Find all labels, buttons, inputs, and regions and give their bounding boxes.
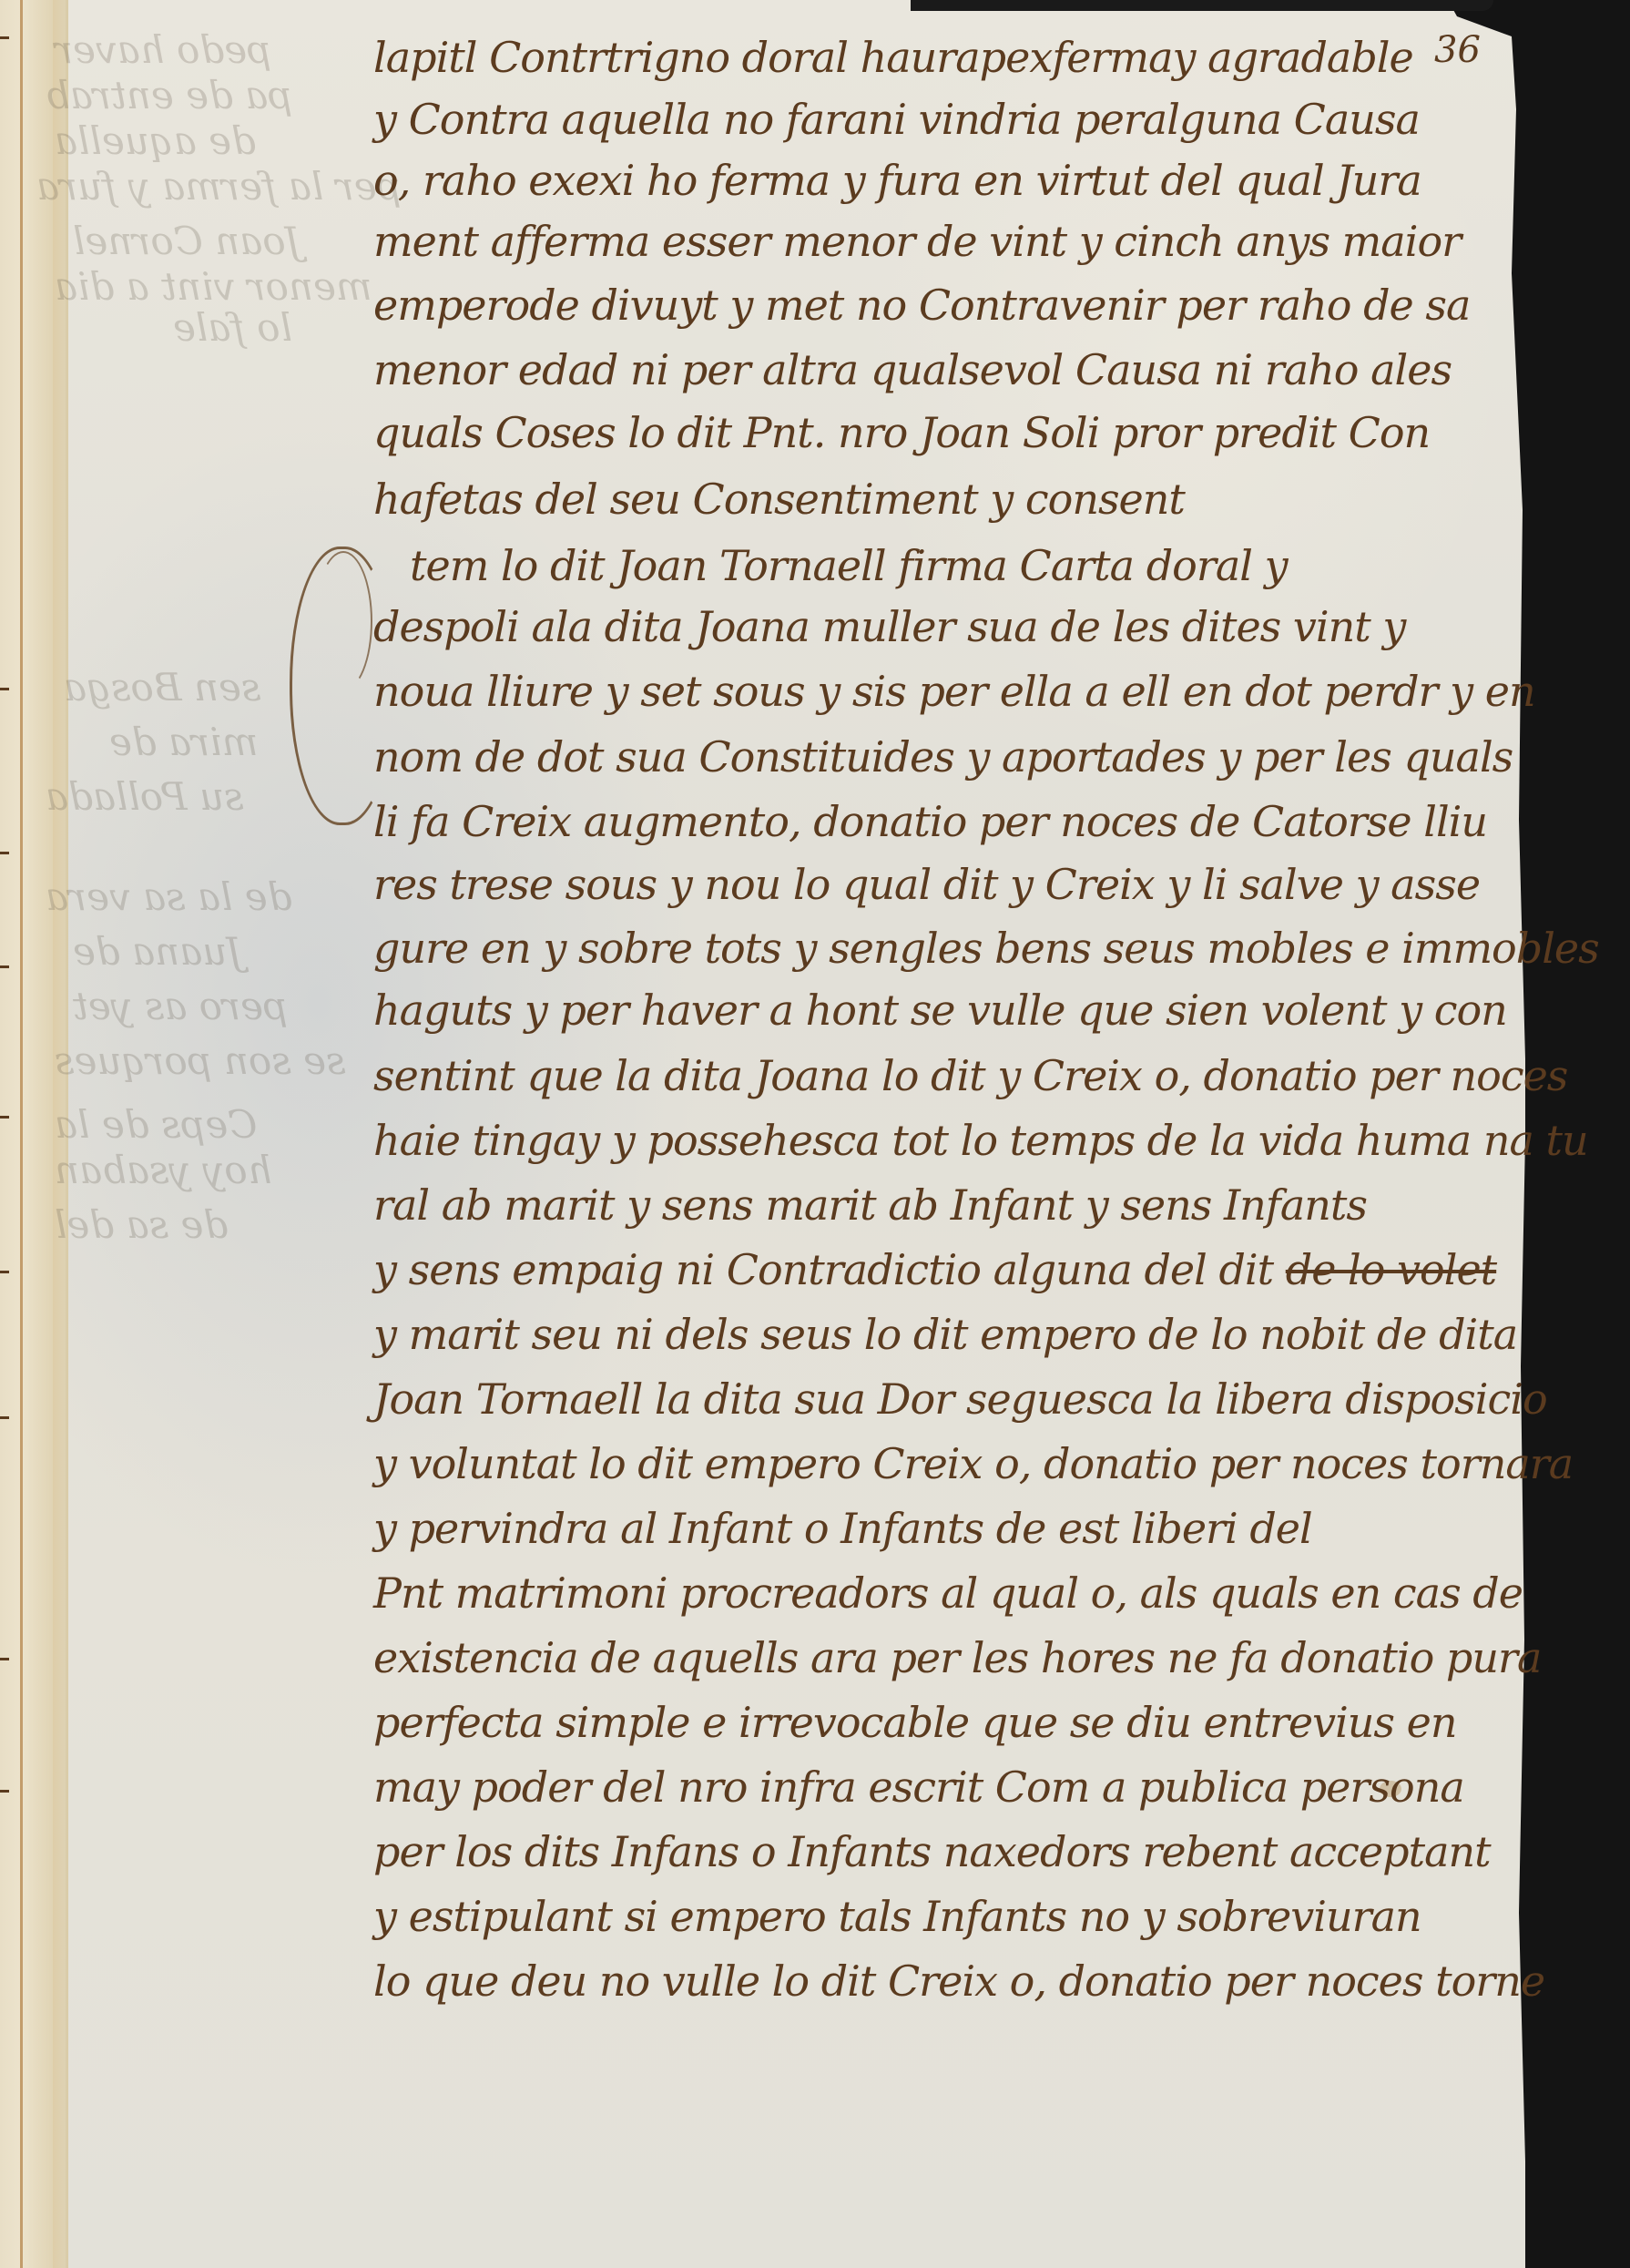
manuscript-line: y marit seu ni dels seus lo dit empero d… (373, 1313, 1517, 1355)
binding-tick (0, 852, 9, 854)
binding-tick (0, 1790, 9, 1793)
decorative-initial-loop (314, 551, 372, 691)
manuscript-line: emperode divuyt y met no Contravenir per… (373, 284, 1470, 326)
binding-tick (0, 965, 9, 968)
manuscript-line: Pnt matrimoni procreadors al qual o, als… (373, 1572, 1523, 1614)
bleedthrough-text: Juana de (73, 929, 242, 974)
manuscript-line: ment afferma esser menor de vint y cinch… (373, 220, 1461, 262)
binding-line (20, 0, 23, 2268)
binding-tick (0, 688, 9, 690)
manuscript-line: noua lliure y set sous y sis per ella a … (373, 670, 1535, 712)
bleedthrough-text: se son porques (55, 1038, 346, 1083)
bleedthrough-text: lo fale (173, 305, 292, 350)
manuscript-line: y estipulant si empero tals Infants no y… (373, 1895, 1421, 1937)
bleedthrough-text: pa de entrab (46, 73, 292, 117)
manuscript-line: ral ab marit y sens marit ab Infant y se… (373, 1184, 1367, 1226)
binding-tick (0, 1658, 9, 1660)
binding-tick (0, 36, 9, 39)
manuscript-line: y sens empaig ni Contradictio alguna del… (373, 1249, 1496, 1291)
struck-text: de lo volet (1286, 1245, 1496, 1294)
torn-top-edge (911, 0, 1493, 11)
bleedthrough-text: hoy ysaban (55, 1148, 272, 1192)
bleedthrough-text: su Pollada (46, 774, 244, 819)
manuscript-line: hafetas del seu Consentiment y consent (373, 478, 1185, 520)
binding-tick (0, 1416, 9, 1419)
bleedthrough-text: de sa del (55, 1202, 228, 1247)
manuscript-line: haie tingay y possehesca tot lo temps de… (373, 1119, 1588, 1161)
manuscript-line: y pervindra al Infant o Infants de est l… (373, 1507, 1312, 1549)
bleedthrough-text: de aquella (55, 118, 256, 163)
line-text: y sens empaig ni Contradictio alguna del… (373, 1245, 1273, 1294)
bleedthrough-text: per la ferma y fura (36, 164, 401, 209)
bleedthrough-text: pero as yet (73, 984, 288, 1028)
manuscript-line: y Contra aquella no farani vindria peral… (373, 98, 1420, 140)
binding-tick (0, 1116, 9, 1119)
manuscript-line: menor edad ni per altra qualsevol Causa … (373, 349, 1452, 391)
manuscript-line: res trese sous y nou lo qual dit y Creix… (373, 863, 1480, 905)
binding-tick (0, 1271, 9, 1273)
bleedthrough-text: Joan Cornel (73, 219, 301, 263)
manuscript-line: per los dits Infans o Infants naxedors r… (373, 1831, 1491, 1873)
manuscript-line: y voluntat lo dit empero Creix o, donati… (373, 1443, 1573, 1485)
folio-number: 36 (1434, 29, 1481, 71)
manuscript-line: o, raho exexi ho ferma y fura en virtut … (373, 159, 1421, 201)
manuscript-line: existencia de aquells ara per les hores … (373, 1637, 1541, 1679)
manuscript-line: lo que deu no vulle lo dit Creix o, dona… (373, 1960, 1544, 2002)
manuscript-line: quals Coses lo dit Pnt. nro Joan Soli pr… (373, 412, 1430, 454)
manuscript-line: tem lo dit Joan Tornaell firma Carta dor… (410, 545, 1288, 587)
manuscript-line: li fa Creix augmento, donatio per noces … (373, 801, 1487, 843)
bleedthrough-text: menor vint a dia (55, 264, 372, 309)
bleedthrough-text: de la sa vera (46, 874, 292, 919)
manuscript-line: may poder del nro infra escrit Com a pub… (373, 1766, 1464, 1808)
bleedthrough-text: sen Bosga (64, 665, 260, 710)
manuscript-line: Joan Tornaell la dita sua Dor seguesca l… (373, 1378, 1547, 1420)
manuscript-line: lapitl Contrtrigno doral haurapexfermay … (373, 36, 1413, 78)
manuscript-line: gure en y sobre tots y sengles bens seus… (373, 927, 1599, 969)
manuscript-line: nom de dot sua Constituides y aportades … (373, 736, 1513, 778)
bleedthrough-text: pedo haver (55, 27, 271, 72)
bleedthrough-text: mira de (109, 720, 258, 764)
manuscript-line: perfecta simple e irrevocable que se diu… (373, 1701, 1457, 1743)
bleedthrough-text: Ceps de la (55, 1102, 257, 1147)
manuscript-line: sentint que la dita Joana lo dit y Creix… (373, 1055, 1567, 1097)
manuscript-line: haguts y per haver a hont se vulle que s… (373, 989, 1507, 1031)
manuscript-line: despoli ala dita Joana muller sua de les… (373, 606, 1405, 648)
